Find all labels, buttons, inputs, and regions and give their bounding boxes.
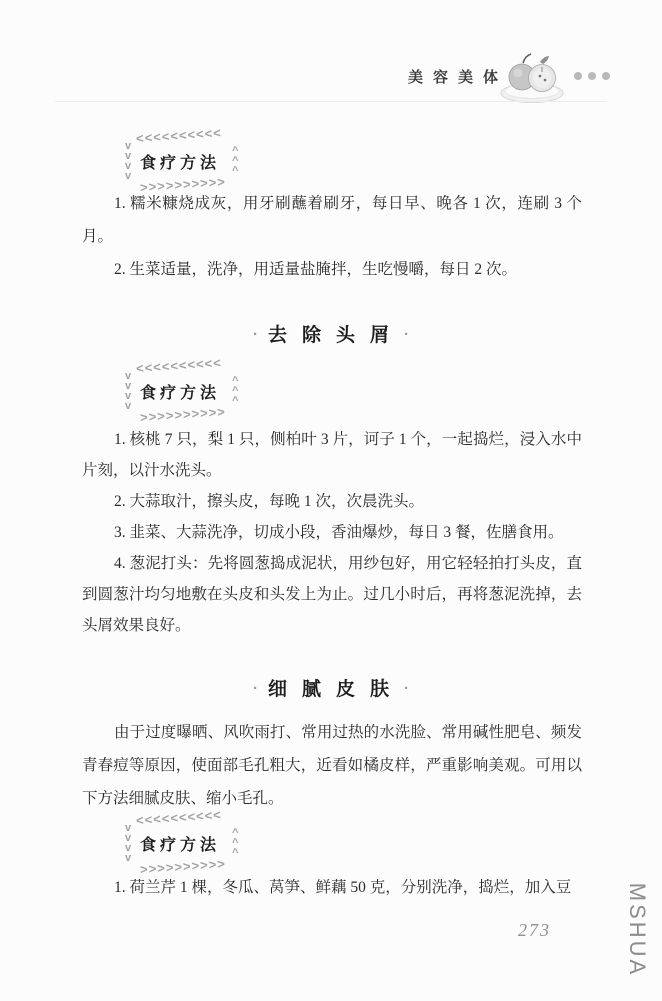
badge-chevron-top: <<<<<<<<<<: [136, 355, 223, 376]
badge-label: 食疗方法: [140, 832, 220, 855]
apples-photo-icon: [496, 50, 568, 104]
book-page: 美容美体 <<<<<<<<<< >>>>>>>>>> vvvv ^^^ 食疗方法…: [0, 0, 662, 1001]
list-item: 1. 荷兰芹 1 棵，冬瓜、莴笋、鲜藕 50 克，分别洗净，捣烂，加入豆: [82, 872, 582, 903]
badge-label: 食疗方法: [140, 380, 220, 403]
badge-label: 食疗方法: [140, 150, 220, 173]
list-item: 2. 生菜适量，洗净，用适量盐腌拌，生吃慢嚼，每日 2 次。: [82, 253, 582, 286]
badge-chevron-left: vvvv: [125, 371, 134, 411]
list-item: 3. 韭菜、大蒜洗净，切成小段，香油爆炒，每日 3 餐，佐膳食用。: [82, 517, 582, 548]
badge-chevron-left: vvvv: [125, 823, 134, 863]
page-number: 273: [518, 920, 551, 941]
body-paragraph: 由于过度曝晒、风吹雨打、常用过热的水洗脸、常用碱性肥皂、频发青春痘等原因，使面部…: [82, 716, 582, 815]
dandruff-section-body: 1. 核桃 7 只，梨 1 只，侧柏叶 3 片，诃子 1 个，一起捣烂，浸入水中…: [82, 424, 582, 641]
therapy-method-badge: <<<<<<<<<< >>>>>>>>>> vvvv ^^^ 食疗方法: [124, 364, 242, 418]
page-header-title: 美容美体: [408, 66, 508, 87]
heading-dot-left: ·: [253, 680, 258, 697]
list-item: 2. 大蒜取汁，擦头皮，每晚 1 次，次晨洗头。: [82, 486, 582, 517]
badge-chevron-right: ^^^: [232, 146, 241, 176]
skin-section-body: 1. 荷兰芹 1 棵，冬瓜、莴笋、鲜藕 50 克，分别洗净，捣烂，加入豆: [82, 872, 582, 903]
heading-dot-right: ·: [404, 680, 409, 697]
list-item: 4. 葱泥打头：先将圆葱捣成泥状，用纱包好，用它轻轻拍打头皮，直到圆葱汁均匀地敷…: [82, 548, 582, 641]
header-divider: [55, 101, 607, 102]
list-item: 1. 核桃 7 只，梨 1 只，侧柏叶 3 片，诃子 1 个，一起捣烂，浸入水中…: [82, 424, 582, 486]
section-title: 去除头屑: [268, 325, 404, 346]
badge-chevron-bottom: >>>>>>>>>>: [140, 404, 227, 425]
badge-chevron-right: ^^^: [232, 828, 241, 858]
badge-chevron-top: <<<<<<<<<<: [136, 125, 223, 146]
heading-dot-left: ·: [253, 326, 258, 343]
section-heading-dandruff: ·去除头屑·: [0, 320, 662, 347]
badge-chevron-right: ^^^: [232, 376, 241, 406]
skin-section-intro: 由于过度曝晒、风吹雨打、常用过热的水洗脸、常用碱性肥皂、频发青春痘等原因，使面部…: [82, 716, 582, 815]
teeth-section-body: 1. 糯米糠烧成灰，用牙刷蘸着刷牙，每日早、晚各 1 次，连刷 3 个月。 2.…: [82, 187, 582, 286]
badge-chevron-left: vvvv: [125, 141, 134, 181]
section-heading-skin: ·细腻皮肤·: [0, 674, 662, 701]
section-title: 细腻皮肤: [268, 679, 404, 700]
heading-dot-right: ·: [404, 326, 409, 343]
header-dots-icon: [574, 72, 610, 80]
therapy-method-badge: <<<<<<<<<< >>>>>>>>>> vvvv ^^^ 食疗方法: [124, 816, 242, 870]
therapy-method-badge: <<<<<<<<<< >>>>>>>>>> vvvv ^^^ 食疗方法: [124, 134, 242, 188]
edge-watermark-text: MSHUA: [624, 883, 650, 977]
list-item: 1. 糯米糠烧成灰，用牙刷蘸着刷牙，每日早、晚各 1 次，连刷 3 个月。: [82, 187, 582, 253]
